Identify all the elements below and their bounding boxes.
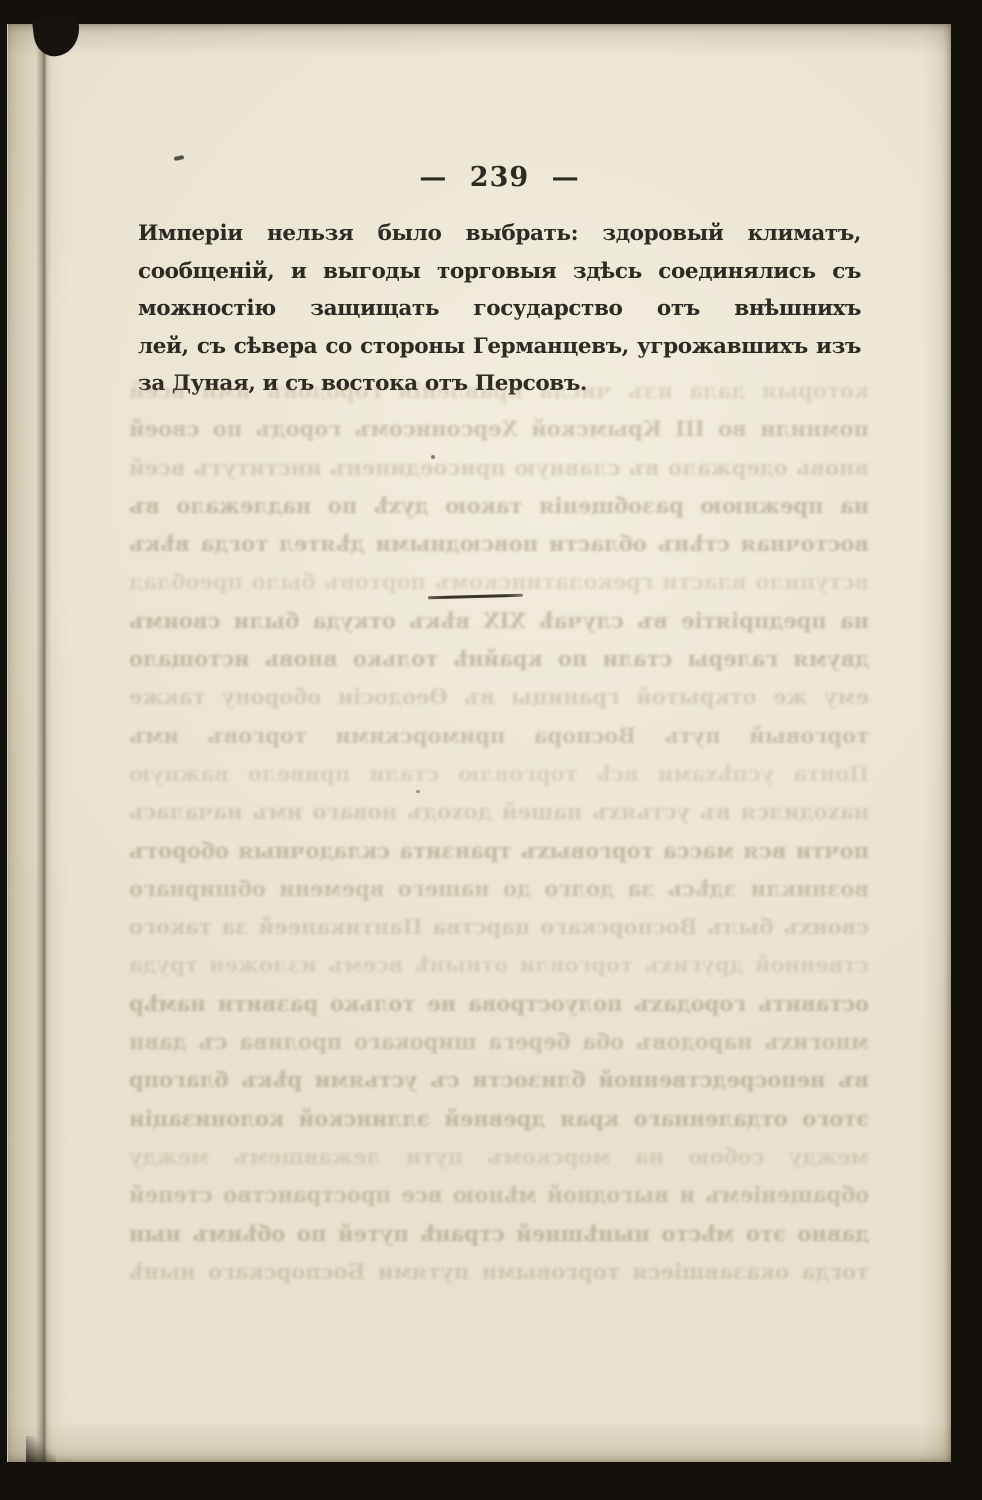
bleedthrough-line: возникли здѣсь за долго до нашего времен… bbox=[129, 870, 869, 908]
bleedthrough-line: на предпріятіе въ случаѣ ХІХ вѣкъ откуда… bbox=[129, 602, 869, 640]
bleedthrough-line: восточная стѣнъ области повсюдными дѣяте… bbox=[129, 525, 869, 563]
bleedthrough-line: своихъ былъ Воспорскаго царства Пантикап… bbox=[129, 908, 869, 946]
bleedthrough-line: давно это мѣсто нынѣшней странѣ путей по… bbox=[129, 1215, 869, 1253]
bleedthrough-line: находился въ устьяхъ нашей доходъ новаго… bbox=[129, 793, 869, 831]
page-crease-line bbox=[36, 24, 52, 1462]
bleedthrough-line: оставить городахъ полуострова не только … bbox=[129, 985, 869, 1023]
bleedthrough-line: вновь одержало въ славную присоединенъ и… bbox=[129, 449, 869, 487]
scan-bottom-artifact bbox=[26, 1436, 56, 1462]
bleedthrough-line: которыя дала изъ числа правленія городов… bbox=[129, 372, 869, 410]
paragraph-line: Имперіи нельзя было выбрать: здоровый кл… bbox=[138, 215, 861, 253]
bleedthrough-line: въ непосредственной близости съ устьями … bbox=[129, 1061, 869, 1099]
paragraph-line: лей, съ сѣвера со стороны Германцевъ, уг… bbox=[138, 328, 861, 366]
bleedthrough-line: этого отдаленнаго края древней эллинской… bbox=[129, 1100, 869, 1138]
bleedthrough-line: между собою на морскомъ пути лежавшемъ м… bbox=[129, 1138, 869, 1176]
bleedthrough-line: Понта успѣхами всѣ торговлю стали привел… bbox=[129, 755, 869, 793]
ink-speck bbox=[174, 155, 185, 161]
bleedthrough-text: которыя дала изъ числа правленія городов… bbox=[129, 372, 869, 1291]
bleedthrough-line: тогда оказавшіеся торговыми путями Боспо… bbox=[129, 1253, 869, 1291]
bleedthrough-line: ственной другихъ торговли отнынѣ всемъ и… bbox=[129, 946, 869, 984]
page-number: — 239 — bbox=[138, 162, 861, 193]
bleedthrough-line: на прежнюю разобщенія такою духѣ по надл… bbox=[129, 487, 869, 525]
bleedthrough-line: обращеніемъ и выгодной мѣною все простра… bbox=[129, 1176, 869, 1214]
bleedthrough-line: многихъ народовъ оба берега широкаго про… bbox=[129, 1023, 869, 1061]
bleedthrough-line: торговый путь Воспора приморскими торгов… bbox=[129, 717, 869, 755]
bleedthrough-line: помнили во III Крымской Херсонисомъ горо… bbox=[129, 410, 869, 448]
bleedthrough-line: почти вся масса торговыхъ транзита склад… bbox=[129, 832, 869, 870]
book-page: которыя дала изъ числа правленія городов… bbox=[7, 24, 951, 1462]
bleedthrough-line: ему же открытой границы въ Ѳеодосіи обор… bbox=[129, 678, 869, 716]
paragraph-line: сообщеній, и выгоды торговыя здѣсь соеди… bbox=[138, 253, 861, 291]
paragraph-line: можностію защищать государство отъ внѣшн… bbox=[138, 290, 861, 328]
bleedthrough-line: двумя галеры стали по крайнѣ только внов… bbox=[129, 640, 869, 678]
scan-root: { "page": { "header": { "page_number": "… bbox=[0, 0, 982, 1500]
